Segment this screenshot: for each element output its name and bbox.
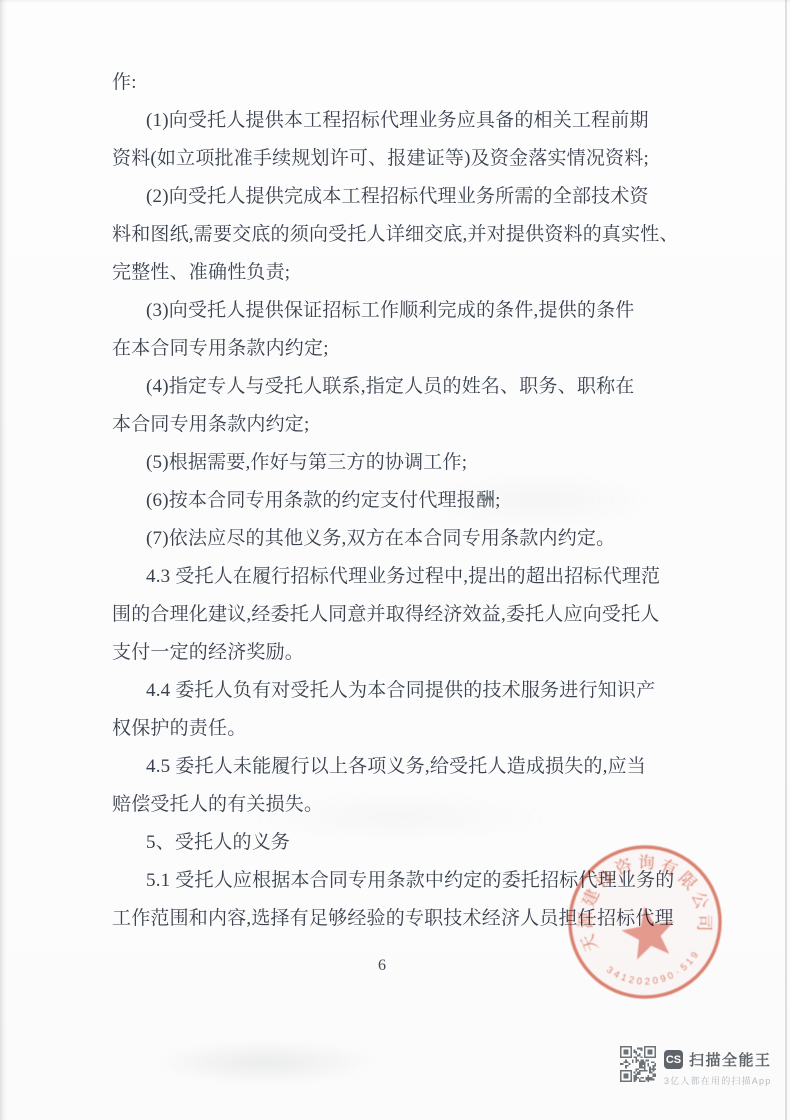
svg-text:2: 2 (645, 976, 651, 987)
camscanner-tagline: 3亿人都在用的扫描App (664, 1074, 772, 1087)
text-line: 4.5 委托人未能履行以上各项义务,给受托人造成损失的,应当 (112, 748, 698, 786)
text-line: (7)依法应尽的其他义务,双方在本合同专用条款内约定。 (112, 520, 698, 558)
text-line: 4.4 委托人负有对受托人为本合同提供的技术服务进行知识产 (112, 672, 698, 710)
text-line: (4)指定专人与受托人联系,指定人员的姓名、职务、职称在 (112, 368, 698, 406)
scan-edge-left (0, 0, 7, 1120)
text-line: (6)按本合同专用条款的约定支付代理报酬; (112, 482, 698, 520)
scan-edge-right (785, 0, 787, 1120)
svg-text:司: 司 (694, 914, 713, 931)
text-line: 支付一定的经济奖励。 (112, 634, 698, 672)
text-line: 在本合同专用条款内约定; (112, 330, 698, 368)
text-line: (3)向受托人提供保证招标工作顺利完成的条件,提供的条件 (112, 292, 698, 330)
svg-text:0: 0 (636, 976, 642, 987)
text-line: (2)向受托人提供完成本工程招标代理业务所需的全部技术资 (112, 178, 698, 216)
scan-edge-top (0, 0, 790, 3)
text-line: (5)根据需要,作好与第三方的协调工作; (112, 444, 698, 482)
qr-code-icon (620, 1045, 656, 1083)
camscanner-watermark: CS 扫描全能王 3亿人都在用的扫描App (620, 1045, 772, 1087)
camscanner-label: CS 扫描全能王 3亿人都在用的扫描App (664, 1045, 772, 1087)
text-line: 围的合理化建议,经委托人同意并取得经济效益,委托人应向受托人 (112, 596, 698, 634)
text-line: 作: (112, 64, 698, 102)
scanned-page: 作: (1)向受托人提供本工程招标代理业务应具备的相关工程前期 资料(如立项批准… (0, 0, 790, 1120)
text-line: 4.3 受托人在履行招标代理业务过程中,提出的超出招标代理范 (112, 558, 698, 596)
svg-text:询: 询 (638, 853, 655, 872)
text-line: 料和图纸,需要交底的须向受托人详细交底,并对提供资料的真实性、 (112, 216, 698, 254)
scan-smudge (150, 1040, 380, 1085)
text-line: (1)向受托人提供本工程招标代理业务应具备的相关工程前期 (112, 102, 698, 140)
text-line: 权保护的责任。 (112, 710, 698, 748)
text-line: 资料(如立项批准手续规划许可、报建证等)及资金落实情况资料; (112, 140, 698, 178)
svg-text:源: 源 (576, 911, 595, 930)
camscanner-app-name: 扫描全能王 (689, 1049, 772, 1070)
official-stamp-seal: 天源建设咨询有限公司 341202090·519 (535, 812, 755, 1032)
text-line: 本合同专用条款内约定; (112, 406, 698, 444)
camscanner-logo-icon: CS (664, 1050, 683, 1069)
document-body: 作: (1)向受托人提供本工程招标代理业务应具备的相关工程前期 资料(如立项批准… (112, 64, 698, 938)
text-line: 完整性、准确性负责; (112, 254, 698, 292)
